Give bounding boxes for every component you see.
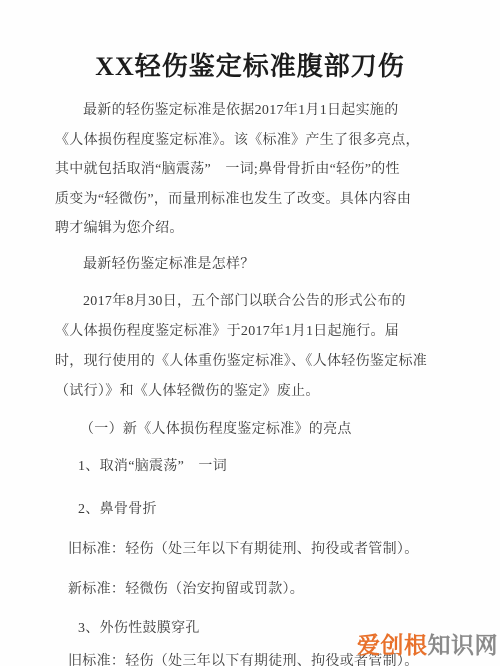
text-line: 其中就包括取消“脑震荡” 一词;鼻骨骨折由“轻伤”的性 xyxy=(55,161,400,179)
page-title: XX轻伤鉴定标准腹部刀伤 xyxy=(0,46,500,83)
text-line: 3、外伤性鼓膜穿孔 xyxy=(78,620,200,638)
text-line: （一）新《人体损伤程度鉴定标准》的亮点 xyxy=(80,421,352,439)
text-line: 最新的轻伤鉴定标准是依据2017年1月1日起实施的 xyxy=(83,102,399,120)
text-line: 《人体损伤程度鉴定标准》。该《标准》产生了很多亮点， xyxy=(55,132,420,150)
text-line: 质变为“轻微伤”，而量刑标准也发生了改变。具体内容由 xyxy=(55,191,411,209)
text-line: 旧标准：轻伤（处三年以下有期徒刑、拘役或者管制）。 xyxy=(68,541,419,559)
text-line: 新标准：轻微伤（治安拘留或罚款）。 xyxy=(68,581,304,599)
text-line: 聘才编辑为您介绍。 xyxy=(55,220,184,238)
text-line: 2017年8月30日，五个部门以联合公告的形式公布的 xyxy=(83,293,406,311)
text-line: 2、鼻骨骨折 xyxy=(78,501,157,519)
text-line: （试行）》和《人体轻微伤的鉴定》废止。 xyxy=(55,383,320,401)
text-line: 最新轻伤鉴定标准是怎样？ xyxy=(83,256,255,274)
watermark-brand-text: 爱创根 xyxy=(357,632,428,658)
text-line: 时，现行使用的《人体重伤鉴定标准》、《人体轻伤鉴定标准 xyxy=(55,353,427,371)
text-line: 《人体损伤程度鉴定标准》于2017年1月1日起施行。届 xyxy=(55,323,399,341)
text-line: 1、取消“脑震荡” 一词 xyxy=(78,458,227,476)
watermark-logo: 爱创根知识网 xyxy=(357,627,498,660)
watermark-suffix-text: 知识网 xyxy=(428,632,499,658)
document-page: XX轻伤鉴定标准腹部刀伤 最新的轻伤鉴定标准是依据2017年1月1日起实施的 《… xyxy=(0,0,500,666)
